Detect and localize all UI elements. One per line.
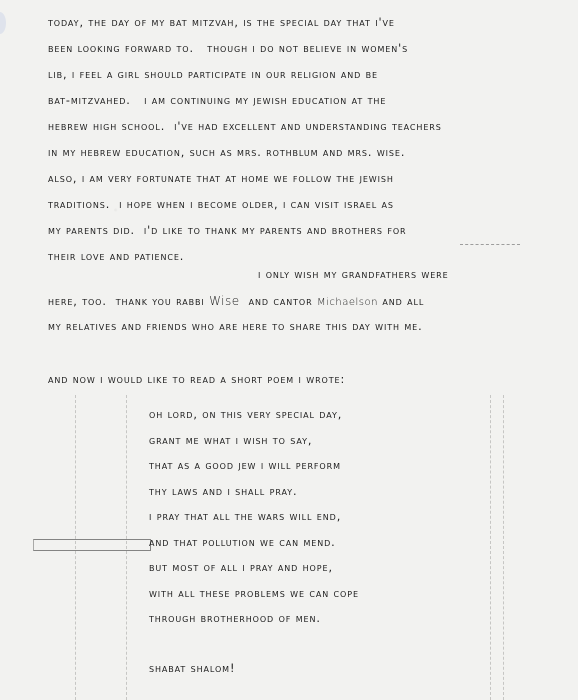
paragraph-line: Hebrew High School. I've had excellent a…: [48, 120, 442, 133]
thanks-text: here, too. Thank you Rabbi: [48, 295, 209, 308]
closing-line: I only wish my grandfathers were: [258, 268, 449, 281]
poem-intro: And now I would like to read a short poe…: [48, 373, 345, 386]
poem-line: Oh Lord, on this very special day,: [149, 408, 342, 421]
thanks-line: here, too. Thank you Rabbi Wise And Cant…: [48, 294, 424, 308]
relatives-line: my relatives and friends who are here to…: [48, 320, 423, 333]
scan-artifact-box: [33, 539, 151, 551]
paragraph-line: been looking forward to. Though I do not…: [48, 42, 408, 55]
poem-line: That as a good Jew I will perform: [149, 459, 341, 472]
poem-line: With all these problems we can cope: [149, 587, 359, 600]
poem-line: And that pollution we can mend.: [149, 536, 336, 549]
poem-line: I pray that all the wars will end,: [149, 510, 341, 523]
poem-line: But most of all I pray and hope,: [149, 561, 333, 574]
typewritten-page: Today, the day of my Bat Mitzvah, is the…: [0, 0, 578, 700]
handwritten-rabbi-name: Wise: [209, 294, 240, 308]
fold-line: [490, 395, 491, 700]
paragraph-line: bat-mitzvahed. I am continuing my Jewish…: [48, 94, 386, 107]
poem-line: Thy laws and I shall pray.: [149, 485, 297, 498]
paragraph-line: Also, I am very fortunate that at home w…: [48, 172, 394, 185]
thanks-text: and all: [378, 295, 424, 308]
handwritten-cantor-name: Michaelson: [317, 297, 378, 308]
scan-artifact-dash: [460, 244, 520, 245]
sign-off: Shabat Shalom!: [149, 662, 235, 675]
thanks-text: And Cantor: [240, 295, 317, 308]
paragraph-line: lib, I feel a girl should participate in…: [48, 68, 378, 81]
paragraph-line: in my Hebrew education, such as Mrs. Rot…: [48, 146, 405, 159]
fold-line: [503, 395, 504, 700]
paragraph-line: traditions. I hope when I become older, …: [48, 198, 394, 211]
page-edge-mark: [0, 12, 6, 34]
paragraph-line: my parents did. I'd like to thank my par…: [48, 224, 407, 237]
paragraph-line: Today, the day of my Bat Mitzvah, is the…: [48, 16, 395, 29]
poem-line: Grant me what I wish to say,: [149, 434, 312, 447]
poem-line: Through brotherhood of men.: [149, 612, 321, 625]
paragraph-line: their love and patience.: [48, 250, 184, 263]
